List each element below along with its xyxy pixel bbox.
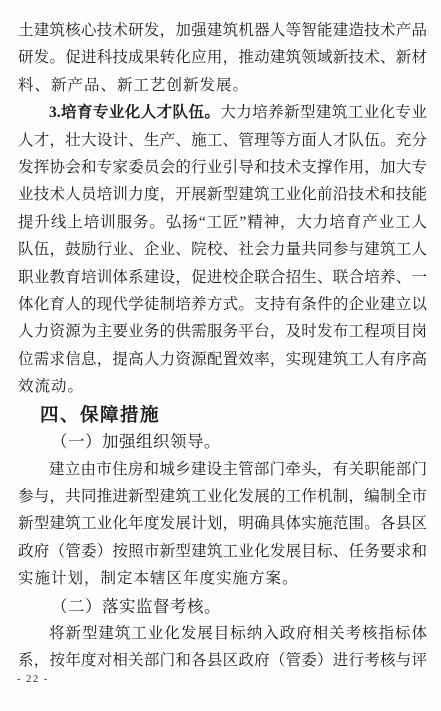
body-line: 队伍，鼓励行业、企业、院校、社会力量共同参与建筑工人 (18, 236, 427, 263)
body-line: 发挥协会和专家委员会的行业引导和技术支撑作用，加大专 (18, 154, 427, 181)
body-line: 体化育人的现代学徒制培养方式。支持有条件的企业建立以 (18, 291, 427, 318)
body-line: 将新型建筑工业化发展目标纳入政府相关考核指标体 (18, 620, 427, 647)
body-line: 土建筑核心技术研发，加强建筑机器人等智能建造技术产品 (18, 17, 427, 44)
body-line: 人力资源为主要业务的供需服务平台，及时发布工程项目岗 (18, 318, 427, 345)
body-line: 研发。促进科技成果转化应用，推动建筑领域新技术、新材 (18, 44, 427, 71)
subheading-line: （一）加强组织领导。 (18, 428, 427, 455)
body-line: 提升线上培训服务。弘扬“工匠”精神，大力培育产业工人 (18, 209, 427, 236)
body-line: 系，按年度对相关部门和各县区政府（管委）进行考核与评 (18, 647, 427, 674)
page-number: - 22 - (17, 674, 49, 685)
body-line: 料、新产品、新工艺创新发展。 (18, 72, 427, 99)
body-line: 位需求信息，提高人力资源配置效率，实现建筑工人有序高 (18, 346, 427, 373)
document-page: 土建筑核心技术研发，加强建筑机器人等智能建造技术产品研发。促进科技成果转化应用，… (0, 0, 441, 711)
body-line: 新型建筑工业化年度发展计划，明确具体实施范围。各县区 (18, 510, 427, 537)
page-body: 土建筑核心技术研发，加强建筑机器人等智能建造技术产品研发。促进科技成果转化应用，… (18, 17, 427, 675)
heading-line: 四、保障措施 (18, 401, 427, 428)
body-line: 效流动。 (18, 373, 427, 400)
body-line: 参与，共同推进新型建筑工业化发展的工作机制，编制全市 (18, 483, 427, 510)
body-line: 实施计划，制定本辖区年度实施方案。 (18, 565, 427, 592)
body-line: 建立由市住房和城乡建设主管部门牵头，有关职能部门 (18, 456, 427, 483)
body-line: 人才，壮大设计、生产、施工、管理等方面人才队伍。充分 (18, 127, 427, 154)
body-line: 政府（管委）按照市新型建筑工业化发展目标、任务要求和 (18, 538, 427, 565)
paragraph-lead-bold: 3.培育专业化人才队伍。 (49, 104, 220, 121)
body-line: 业技术人员培训力度，开展新型建筑工业化前沿技术和技能 (18, 181, 427, 208)
body-line: 职业教育培训体系建设，促进校企联合招生、联合培养、一 (18, 264, 427, 291)
subheading-line: （二）落实监督考核。 (18, 593, 427, 620)
body-line: 3.培育专业化人才队伍。大力培养新型建筑工业化专业 (18, 99, 427, 126)
